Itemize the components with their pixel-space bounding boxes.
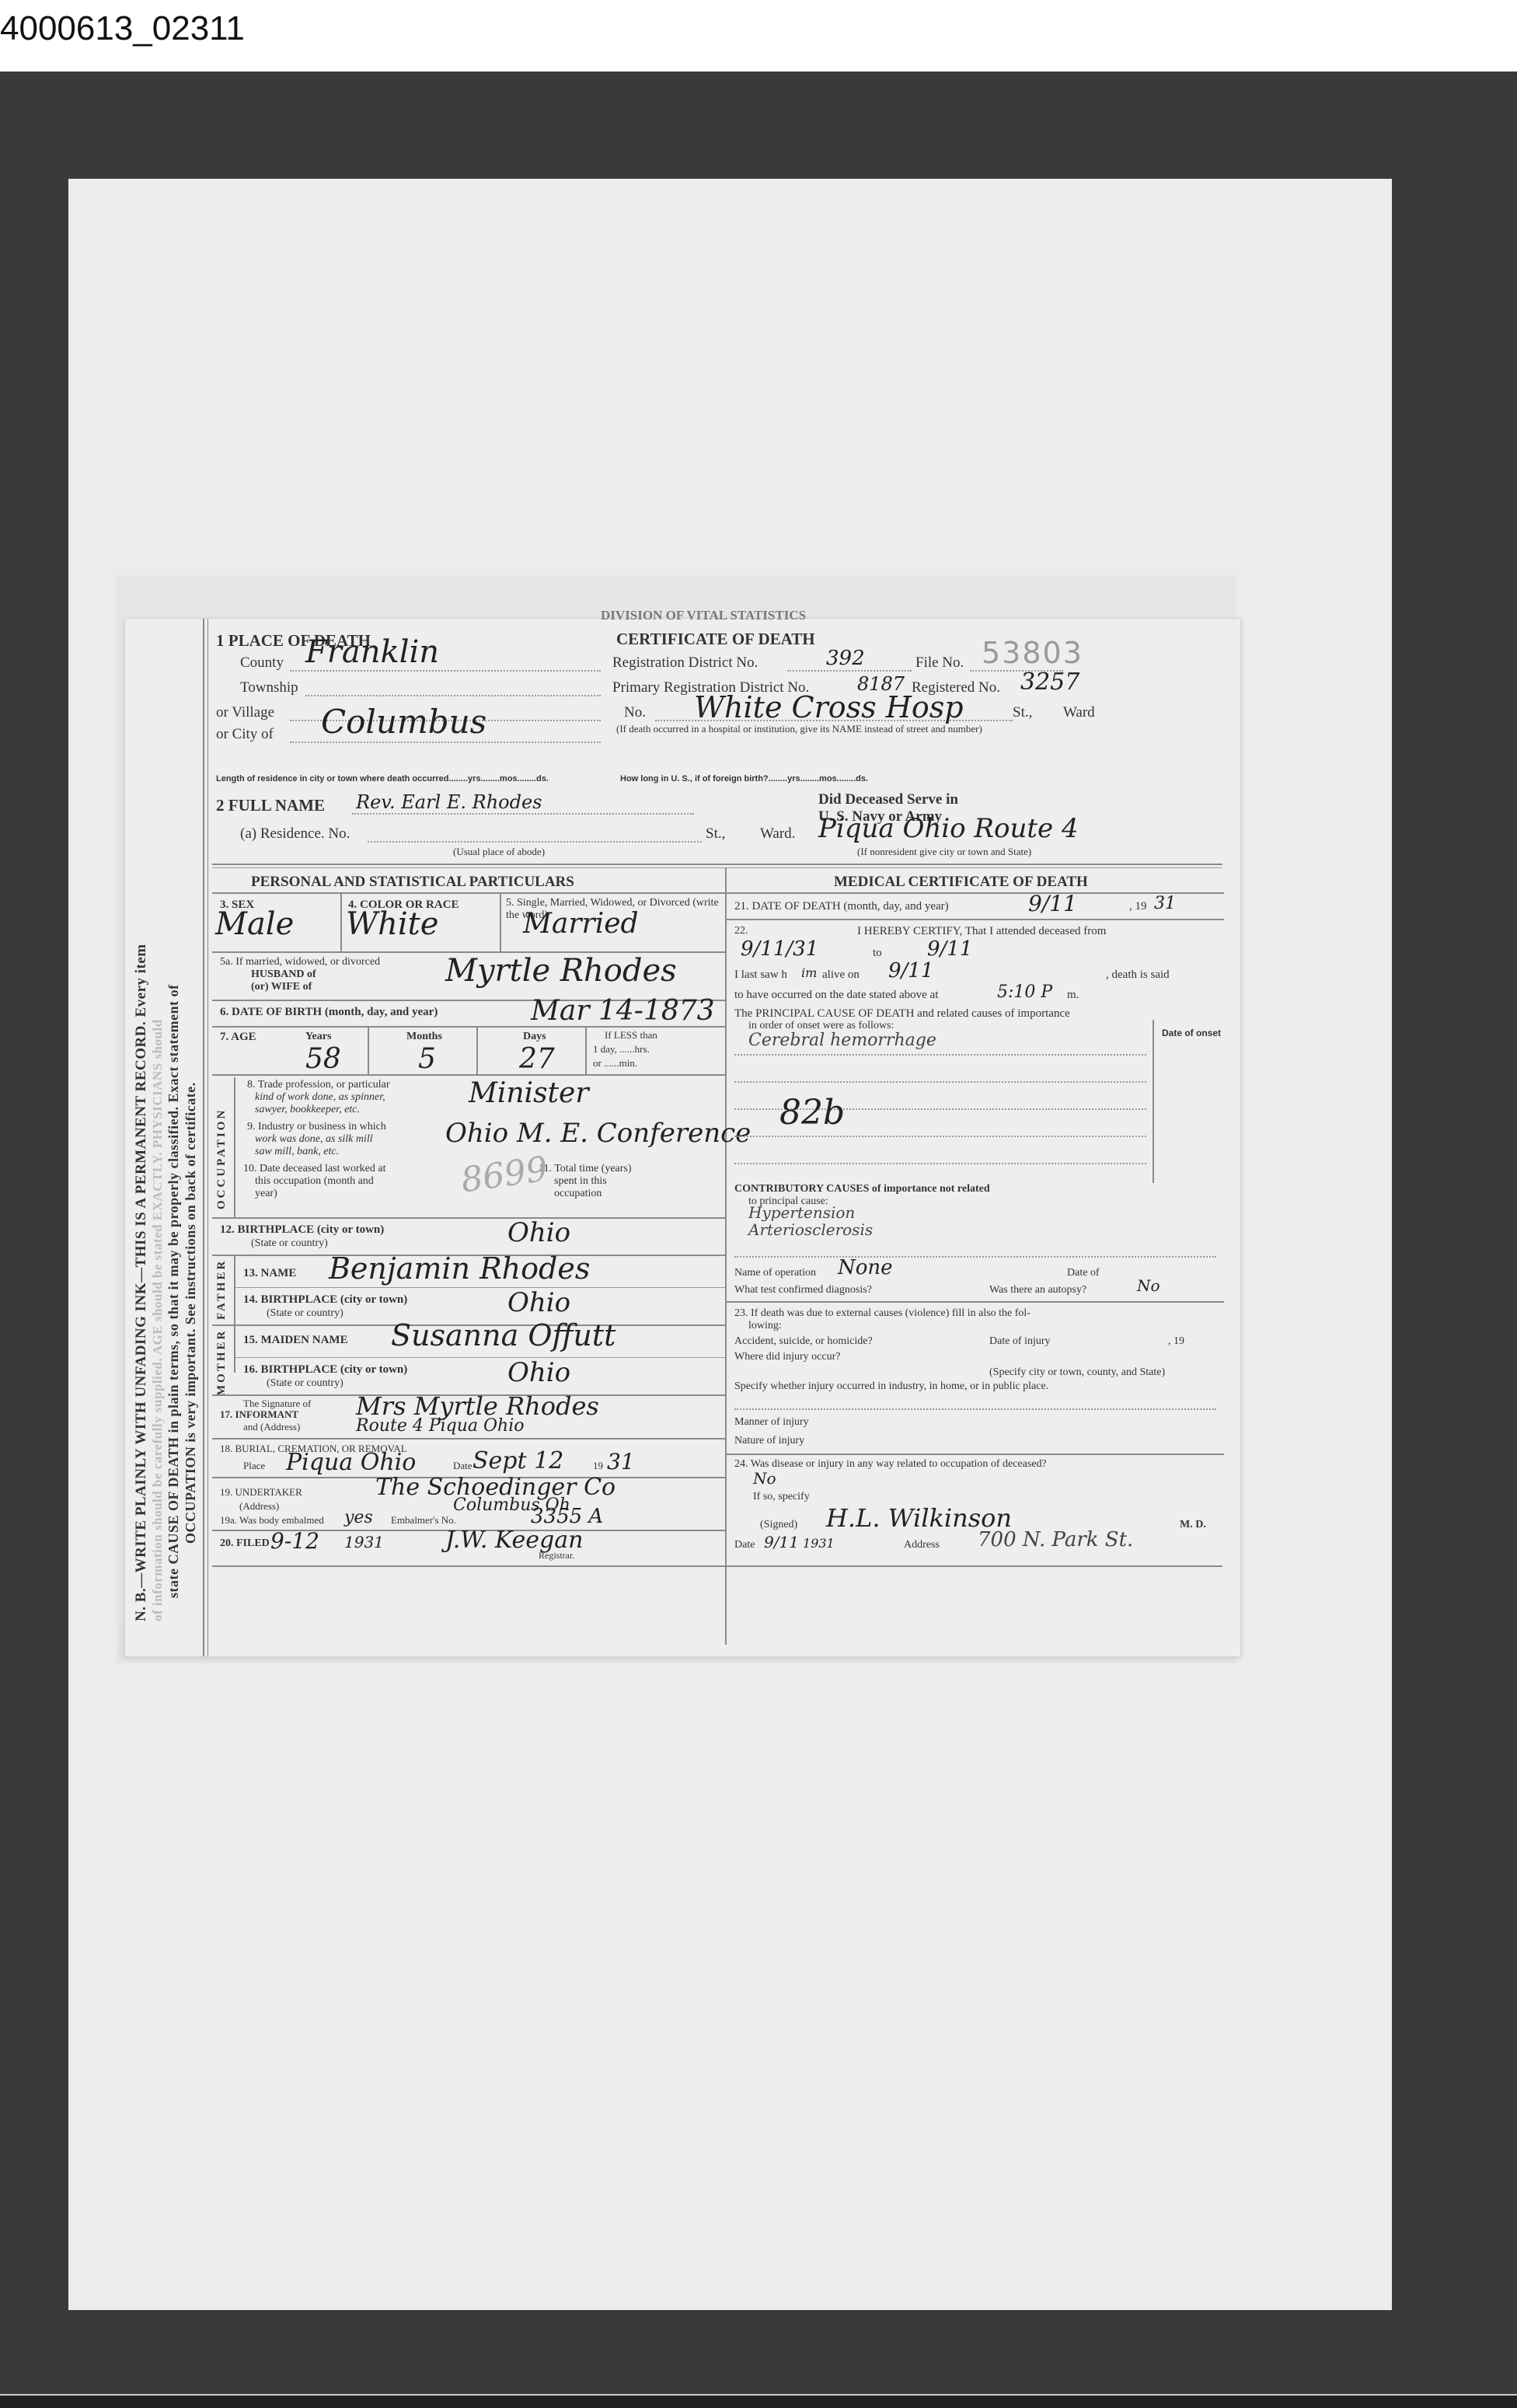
side-divider [234,1256,235,1373]
trade-value: Minister [469,1077,589,1109]
total-time-label-2: spent in this [554,1175,607,1188]
margin-line-3: state CAUSE OF DEATH in plain terms, so … [166,984,182,1598]
marital-value: Married [523,908,639,940]
dod-value: 9/11 [1028,891,1077,916]
contributory-cause-2: Arteriosclerosis [748,1220,873,1239]
filed-label: 20. FILED [220,1537,270,1550]
spouse-label-2: HUSBAND of [251,968,316,981]
street-no-label: No. [624,704,646,721]
onset-column-divider [1153,1020,1154,1183]
sex-value: Male [215,906,294,942]
county-value: Franklin [305,634,439,670]
autopsy-value: No [1137,1276,1160,1295]
industry-label-3: saw mill, bank, etc. [255,1146,339,1158]
street-label: St., [1013,704,1032,721]
last-worked-label-2: this occupation (month and [255,1175,374,1188]
full-name-label: 2 FULL NAME [216,796,325,815]
township-line [305,695,601,696]
row-line [212,892,725,894]
city-label: or City of [216,726,274,743]
column-divider [725,867,727,1645]
division-title: DIVISION OF VITAL STATISTICS [601,608,806,623]
undertaker-label: 19. UNDERTAKER [220,1486,302,1499]
injury-year-label: , 19 [1168,1335,1184,1348]
trade-label-1: 8. Trade profession, or particular [247,1079,390,1091]
mother-name-label: 15. MAIDEN NAME [243,1334,348,1347]
dod-year: 31 [1154,894,1176,913]
certify-label: I HEREBY CERTIFY, That I attended deceas… [857,925,1106,938]
spouse-label-1: 5a. If married, widowed, or divorced [220,956,380,968]
filed-year-value: 1931 [344,1533,384,1551]
section-divider [212,864,1222,865]
occupation-side-label: OCCUPATION [215,1108,228,1209]
last-worked-label-1: 10. Date deceased last worked at [243,1163,385,1175]
cert-date-label: Date [734,1539,755,1551]
occurred-label: to have occurred on the date stated abov… [734,989,938,1002]
reg-district-label: Registration District No. [612,654,758,672]
attended-to-label: to [873,947,882,960]
nonresident-note: (If nonresident give city or town and St… [857,846,1031,858]
birthplace-label-2: (State or country) [251,1237,328,1250]
cert-date-value: 9/11 [764,1533,799,1551]
cause-line [734,1081,1146,1083]
cell-divider [340,892,342,951]
last-saw-label: I last saw h [734,968,787,982]
city-value: Columbus [321,703,486,741]
time-suffix: m. [1067,989,1079,1002]
margin-line-1: N. B.—WRITE PLAINLY WITH UNFADING INK—TH… [133,944,150,1621]
race-value: White [346,906,438,942]
industry-label-1: 9. Industry or business in which [247,1121,386,1133]
mother-name-value: Susanna Offutt [391,1318,616,1352]
cause-code-mark: 82b [779,1093,845,1132]
bottom-rule [212,1565,1222,1567]
mother-birthplace-value: Ohio [507,1357,570,1388]
accident-label: Accident, suicide, or homicide? [734,1335,873,1348]
specify-label: Specify whether injury occurred in indus… [734,1380,1048,1393]
contributory-label-1: CONTRIBUTORY CAUSES of importance not re… [734,1183,990,1195]
dob-label: 6. DATE OF BIRTH (month, day, and year) [220,1006,438,1019]
where-note: (Specify city or town, county, and State… [989,1366,1165,1379]
years-label: Years [305,1031,331,1043]
burial-year-value: 31 [607,1449,635,1474]
operation-value: None [838,1256,893,1279]
injury-line [734,1408,1216,1410]
last-worked-label-3: year) [255,1188,277,1200]
occupation-related-label: 24. Was disease or injury in any way rel… [734,1458,1047,1471]
death-certificate: N. B.—WRITE PLAINLY WITH UNFADING INK—TH… [124,618,1241,1657]
row-line [212,1438,725,1440]
township-label: Township [240,679,298,696]
occupation-related-value: No [753,1469,776,1488]
principal-cause: Cerebral hemorrhage [748,1031,936,1050]
form-body: DIVISION OF VITAL STATISTICS CERTIFICATE… [212,619,1233,1656]
days-value: 27 [519,1043,555,1075]
residence-length-label: Length of residence in city or town wher… [216,774,549,783]
file-no-label: File No. [915,654,964,672]
contributory-cause-1: Hypertension [748,1203,855,1222]
row-line [212,1074,725,1076]
if-so-label: If so, specify [753,1491,810,1503]
total-time-label-3: occupation [554,1188,602,1200]
full-name-value: Rev. Earl E. Rhodes [356,791,542,813]
last-saw-date: 9/11 [888,959,933,982]
image-id-label: 4000613_02311 [0,9,245,48]
birthplace-value: Ohio [507,1217,570,1248]
burial-date-label: Date [453,1460,473,1472]
cause-line [734,1054,1146,1056]
margin-line-2: of information should be carefully suppl… [150,1019,166,1621]
hospital-value: White Cross Hosp [694,690,964,724]
certificate-title: CERTIFICATE OF DEATH [616,630,815,649]
injury-date-label: Date of injury [989,1335,1051,1348]
father-name-label: 13. NAME [243,1267,296,1280]
burial-year-prefix: 19 [593,1460,603,1472]
less-label-3: or ......min. [593,1057,637,1070]
row-line [212,1026,725,1028]
row-line [727,1301,1224,1303]
father-side-label: FATHER [215,1259,228,1320]
embalmer-no-label: Embalmer's No. [391,1514,456,1527]
county-line [290,670,601,672]
nature-label: Nature of injury [734,1435,804,1447]
village-label: or Village [216,704,274,721]
burial-place-label: Place [243,1460,265,1472]
less-label-1: If LESS than [605,1029,657,1042]
principal-label-1: The PRINCIPAL CAUSE OF DEATH and related… [734,1007,1070,1021]
county-label: County [240,654,284,672]
days-label: Days [523,1031,546,1043]
ward-label: Ward [1063,704,1095,721]
embalmer-no-value: 3355 A [531,1505,603,1528]
burial-date-value: Sept 12 [473,1447,563,1474]
frame-bottom [0,2396,1517,2408]
date-of-onset-label: Date of onset [1162,1028,1221,1038]
residence-st-label: St., [706,825,725,843]
alive-on-label: alive on [822,968,860,982]
age-label: 7. AGE [220,1031,256,1044]
residence-label: (a) Residence. No. [240,825,350,843]
autopsy-label: Was there an autopsy? [989,1284,1086,1296]
less-label-2: 1 day, ......hrs. [593,1043,650,1056]
attended-from: 9/11/31 [741,937,818,961]
months-value: 5 [418,1043,436,1075]
row-line [212,1217,725,1219]
personal-section-title: PERSONAL AND STATISTICAL PARTICULARS [251,874,574,891]
residence-value: Piqua Ohio Route 4 [818,813,1079,844]
mother-birthplace-label-1: 16. BIRTHPLACE (city or town) [243,1363,407,1377]
hospital-note: (If death occurred in a hospital or inst… [616,723,982,735]
embalmed-value: yes [344,1508,373,1527]
certify-number: 22. [734,925,748,937]
row-line [235,1287,725,1288]
margin-instructions: N. B.—WRITE PLAINLY WITH UNFADING INK—TH… [125,619,207,1656]
physician-address-value: 700 N. Park St. [978,1528,1133,1551]
margin-line-4: OCCUPATION is very important. See instru… [183,1082,199,1544]
attended-to: 9/11 [927,937,972,961]
where-label: Where did injury occur? [734,1351,840,1363]
operation-label: Name of operation [734,1267,816,1279]
dod-label: 21. DATE OF DEATH (month, day, and year) [734,900,949,913]
cell-divider [500,892,501,951]
margin-rule [203,619,204,1656]
father-birthplace-label-2: (State or country) [267,1307,344,1320]
cert-date-year: 1931 [803,1536,835,1551]
total-time-label-1: 11. Total time (years) [539,1163,632,1175]
external-label-2: lowing: [748,1320,782,1332]
trade-label-3: sawyer, bookkeeper, etc. [255,1104,360,1116]
residence-line [368,841,702,843]
section-divider-2 [212,867,1222,868]
city-line [290,742,601,743]
margin-rule-2 [207,619,208,1656]
test-label: What test confirmed diagnosis? [734,1284,872,1296]
birthplace-label-1: 12. BIRTHPLACE (city or town) [220,1223,384,1237]
spouse-value: Myrtle Rhodes [445,953,677,989]
last-saw-pronoun: im [801,965,817,980]
cell-divider [476,1026,478,1074]
undertaker-address-label: (Address) [239,1500,279,1513]
cause-line [734,1163,1146,1164]
industry-value: Ohio M. E. Conference [445,1118,751,1149]
mother-birthplace-label-2: (State or country) [267,1377,344,1390]
trade-label-2: kind of work done, as spinner, [255,1091,385,1104]
cause-line [734,1256,1216,1258]
full-name-line [352,813,694,815]
registrar-label: Registrar. [539,1550,574,1562]
burial-place-value: Piqua Ohio [286,1449,416,1476]
stamp-code: 8699 [459,1149,550,1200]
father-name-value: Benjamin Rhodes [329,1251,590,1286]
industry-label-2: work was done, as silk mill [255,1133,373,1146]
signed-label: (Signed) [760,1519,797,1531]
cell-divider [368,1026,369,1074]
reg-district-line [787,670,912,672]
usual-abode-note: (Usual place of abode) [453,846,545,858]
spouse-label-3: (or) WIFE of [251,981,312,993]
physician-address-label: Address [904,1539,940,1551]
mother-side-label: MOTHER [215,1329,228,1396]
cell-divider [585,1026,587,1074]
informant-label-2: 17. INFORMANT [220,1408,298,1421]
dob-value: Mar 14-1873 [531,995,715,1027]
residence-ward-label: Ward. [760,825,795,843]
file-no-stamp: 53803 [982,636,1083,670]
father-birthplace-label-1: 14. BIRTHPLACE (city or town) [243,1293,407,1307]
death-said-label: , death is said [1106,968,1170,982]
manner-label: Manner of injury [734,1416,809,1429]
operation-date-label: Date of [1067,1267,1100,1279]
side-divider [234,1077,235,1217]
row-line [727,892,1224,894]
dod-year-prefix: , 19 [1129,900,1147,913]
filed-value: 9-12 [270,1528,319,1554]
row-line [235,1357,725,1358]
years-value: 58 [305,1043,341,1075]
father-birthplace-value: Ohio [507,1287,570,1318]
foreign-birth-label: How long in U. S., if of foreign birth?.… [620,774,868,783]
informant-label-3: and (Address) [243,1421,300,1433]
row-line [727,919,1224,920]
informant-address-value: Route 4 Piqua Ohio [356,1416,525,1436]
registered-no-value: 3257 [1020,668,1079,696]
medical-section-title: MEDICAL CERTIFICATE OF DEATH [834,874,1088,891]
md-label: M. D. [1180,1519,1206,1531]
cause-line [734,1136,1146,1137]
embalmed-label: 19a. Was body embalmed [220,1514,324,1527]
time-of-death: 5:10 P [997,982,1052,1002]
months-label: Months [406,1031,442,1043]
reg-district-value: 392 [826,647,865,670]
external-label-1: 23. If death was due to external causes … [734,1307,1031,1320]
row-line [727,1454,1224,1455]
